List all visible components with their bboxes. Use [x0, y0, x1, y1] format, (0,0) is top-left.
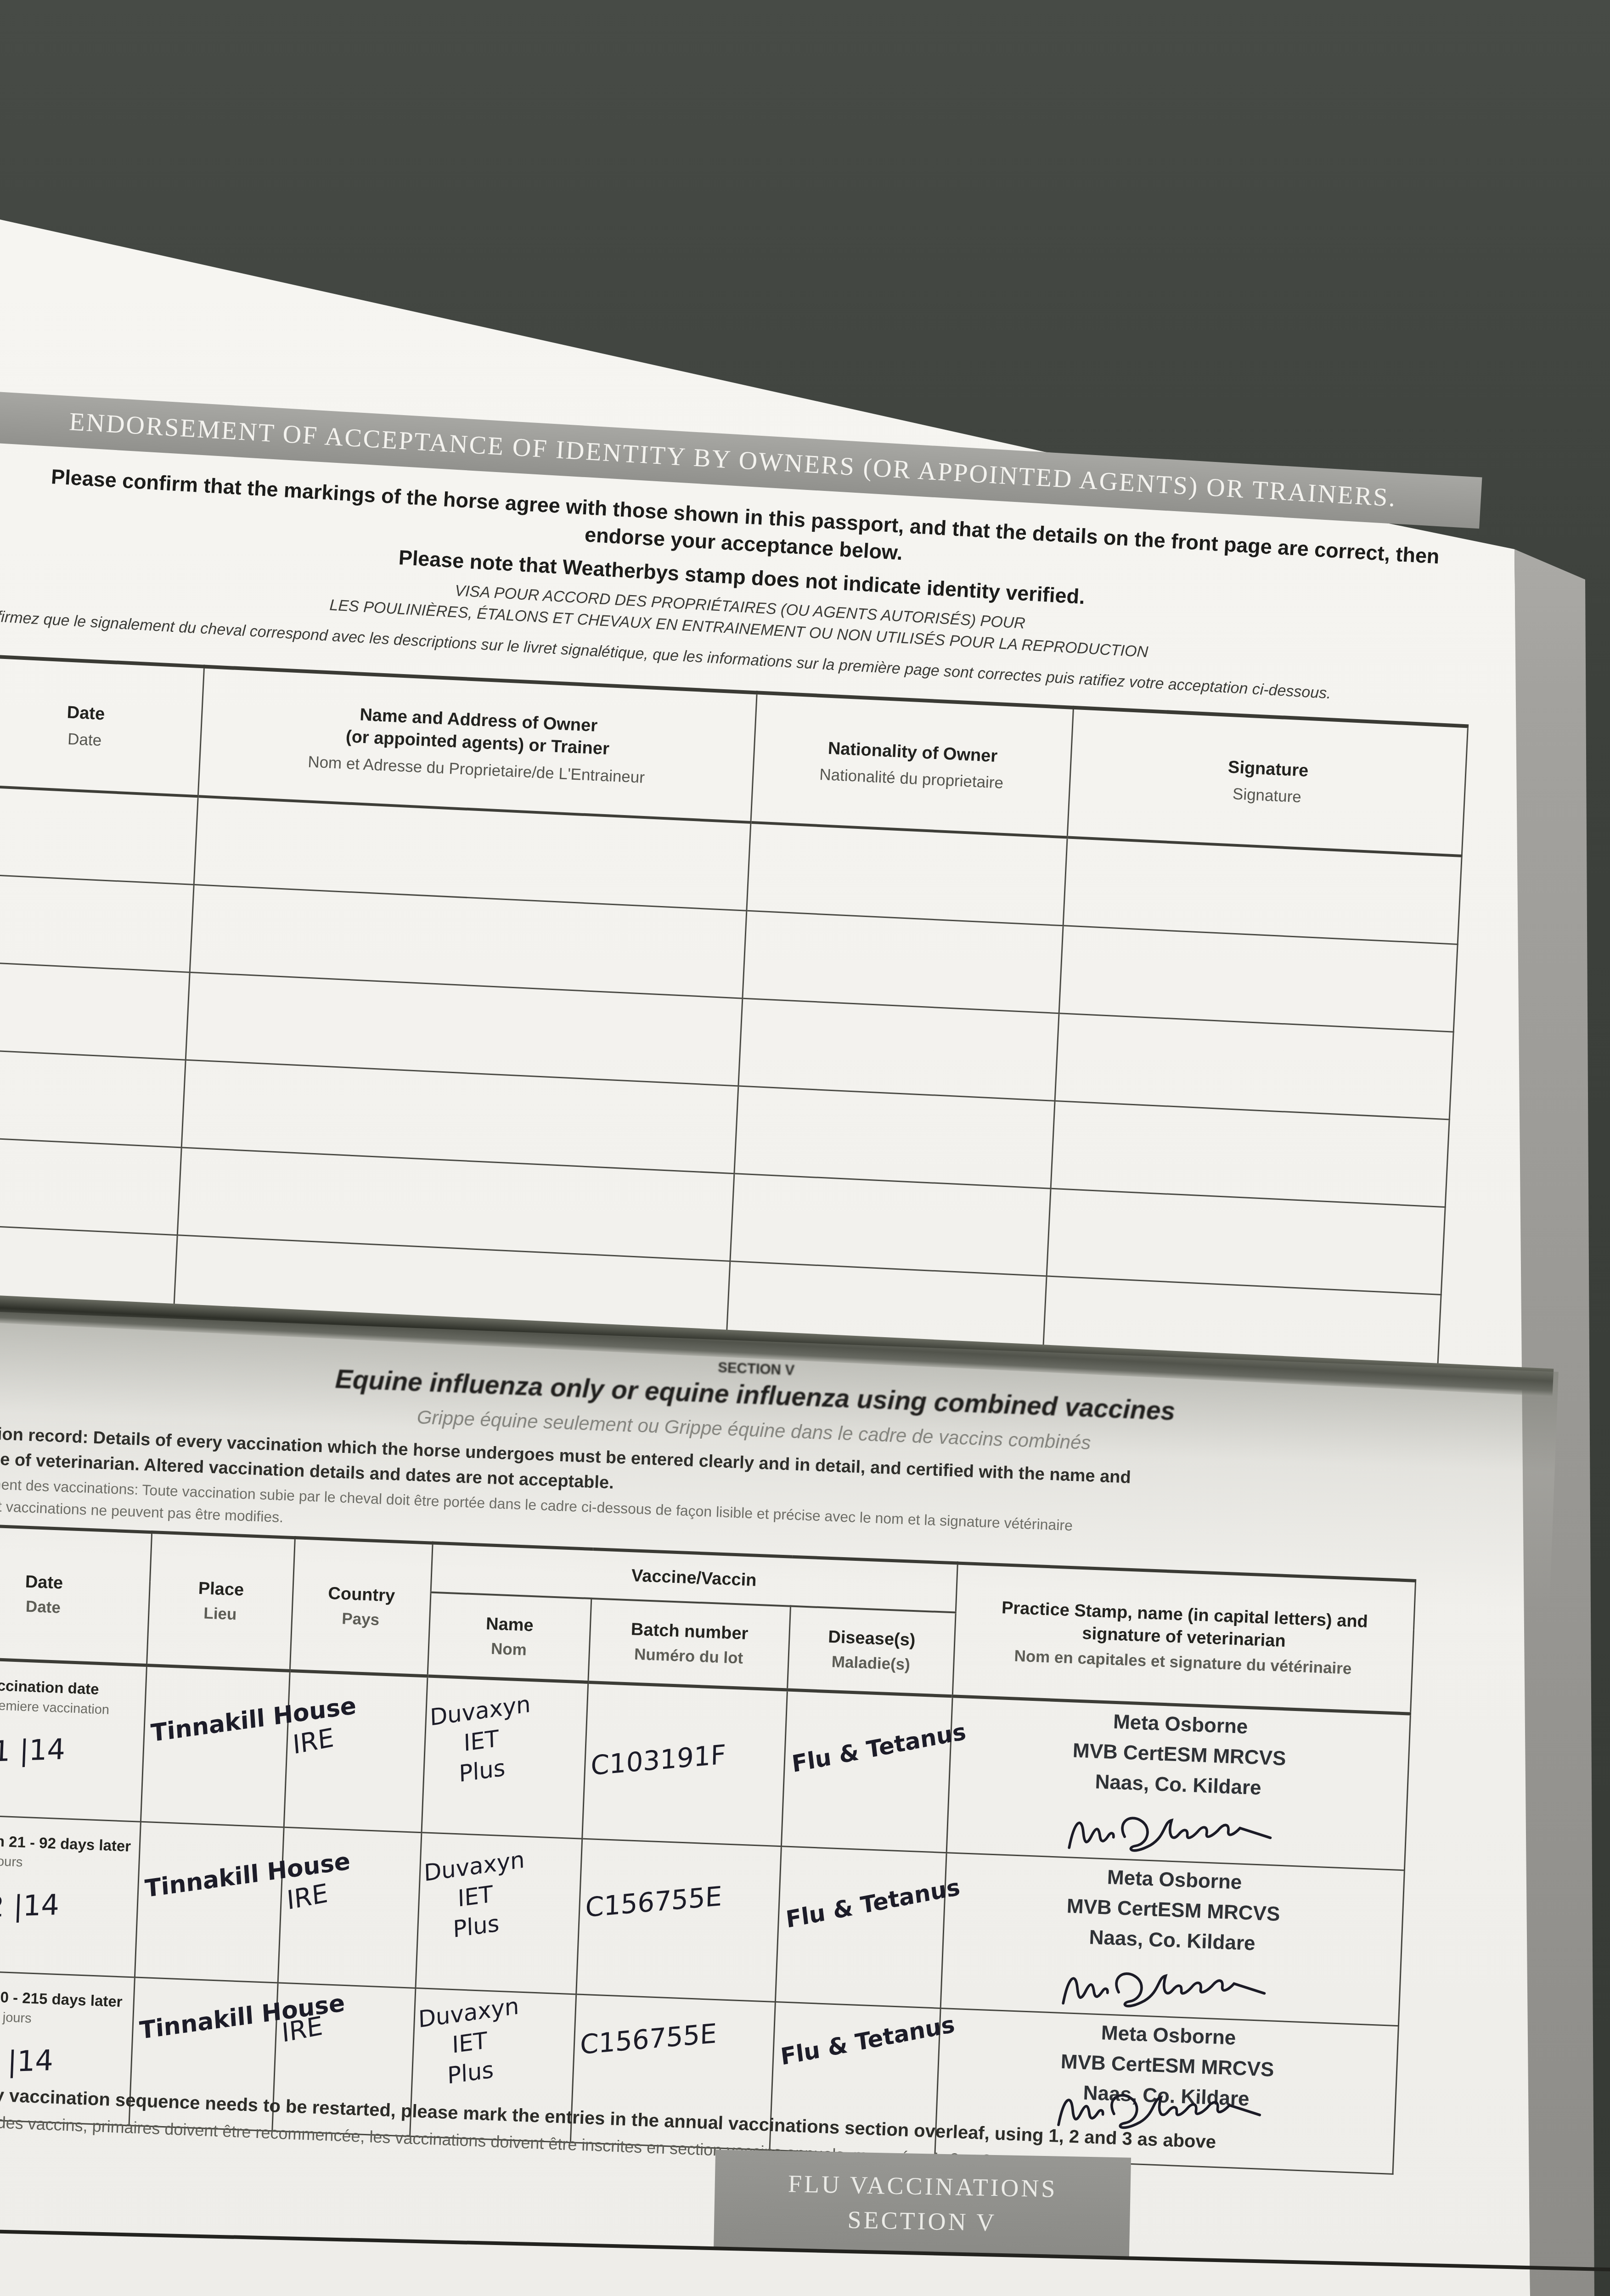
vax-col-date-fr: Date [0, 1593, 144, 1622]
vax-col-stamp: Practice Stamp, name (in capital letters… [952, 1563, 1415, 1714]
flu-box-line-2: SECTION V [714, 2203, 1130, 2239]
vaccination-section: SECTION V Equine influenza only or equin… [0, 0, 1609, 62]
row1-handwritten-vaccine: Duvaxyn IET Plus [429, 1689, 533, 1793]
vax-col-vaccine-label: Vaccine/Vaccin [436, 1557, 951, 1599]
row2-disease-cell: Flu & Tetanus [775, 1846, 946, 2009]
row2-date-cell: Betweeen 21 - 92 days later re 21 - 92 j… [0, 1814, 141, 1977]
vax-col-place-fr: Lieu [153, 1602, 287, 1627]
veterinarian-signature [1041, 1947, 1300, 2020]
row1-handwritten-batch: C103191F [590, 1739, 726, 1781]
vax-col-disease-en: Disease(s) [794, 1625, 950, 1653]
vaccination-table: Date Date Place Lieu Country Pays Vaccin… [0, 1523, 1416, 2175]
owner-col-date-en: Date [0, 697, 197, 730]
row2-vaccine-cell: Duvaxyn IET Plus [415, 1833, 582, 1994]
row3-handwritten-disease: Flu & Tetanus [779, 2011, 956, 2071]
row1-handwritten-date: 21| 1 |14 [0, 1732, 66, 1770]
row1-date-cell: nitial Vaccination date te de la premier… [0, 1657, 146, 1822]
owner-col-nationality: Nationality of Owner Nationalité du prop… [751, 692, 1074, 837]
veterinarian-signature [1047, 1792, 1306, 1864]
vax-col-batch: Batch number Numéro du lot [588, 1598, 790, 1690]
row3-handwritten-date: 31| 7 |14 [0, 2043, 54, 2081]
row2-handwritten-date: 21| 2 |14 [0, 1888, 60, 1925]
row2-batch-cell: C156755E [576, 1839, 781, 2002]
row2-handwritten-batch: C156755E [585, 1880, 722, 1923]
row3-handwritten-batch: C156755E [580, 2018, 717, 2060]
row3-label-en: etween 150 - 215 days later [0, 1973, 129, 2011]
owner-col-signature: Signature Signature [1067, 708, 1468, 856]
endorsement-section: ENDORSEMENT OF ACCEPTANCE OF IDENTITY BY… [0, 0, 1607, 93]
row3-handwritten-vaccine: Duvaxyn IET Plus [417, 1991, 521, 2095]
vax-col-disease: Disease(s) Maladie(s) [787, 1606, 956, 1696]
row1-label-en: nitial Vaccination date [0, 1662, 141, 1700]
vax-col-place-en: Place [154, 1576, 288, 1603]
row1-place-cell: Tinnakill House [141, 1665, 290, 1827]
flu-vaccinations-section-box: FLU VACCINATIONS SECTION V [714, 2150, 1131, 2257]
vax-col-batch-fr: Numéro du lot [594, 1643, 783, 1671]
row2-label-en: Betweeen 21 - 92 days later [0, 1817, 135, 1856]
row1-handwritten-disease: Flu & Tetanus [790, 1718, 967, 1778]
row2-handwritten-country: IRE [285, 1878, 329, 1916]
row1-batch-cell: C103191F [582, 1682, 787, 1846]
vax-col-name-fr: Nom [433, 1637, 584, 1663]
vax-col-name: Name Nom [428, 1593, 591, 1683]
owner-endorsement-table: Date Date Name and Address of Owner (or … [0, 654, 1469, 1383]
vax-col-country-en: Country [298, 1581, 426, 1608]
row1-stamp-cell: Meta Osborne MVB CertESM MRCVS Naas, Co.… [946, 1696, 1410, 1870]
row1-vaccine-cell: Duvaxyn IET Plus [421, 1676, 588, 1839]
owner-endorsement-block: Date Date Name and Address of Owner (or … [0, 0, 1608, 76]
vax-col-country-fr: Pays [297, 1607, 425, 1632]
row1-handwritten-country: IRE [291, 1722, 335, 1760]
row2-handwritten-vaccine: Duvaxyn IET Plus [423, 1845, 527, 1948]
row2-stamp-cell: Meta Osborne MVB CertESM MRCVS Naas, Co.… [940, 1853, 1404, 2026]
vax-col-place: Place Lieu [146, 1532, 295, 1671]
vax-col-batch-en: Batch number [595, 1617, 784, 1646]
row2-place-cell: Tinnakill House [135, 1822, 284, 1983]
vax-col-date-en: Date [0, 1568, 145, 1598]
vax-col-name-en: Name [434, 1611, 585, 1639]
flu-box-line-1: FLU VACCINATIONS [715, 2168, 1131, 2204]
vax-col-country: Country Pays [290, 1538, 433, 1676]
owner-col-date: Date Date [0, 656, 204, 796]
row2-handwritten-disease: Flu & Tetanus [784, 1874, 961, 1933]
vax-col-disease-fr: Maladie(s) [793, 1650, 949, 1677]
scanned-passport-page: ENDORSEMENT OF ACCEPTANCE OF IDENTITY BY… [0, 0, 1610, 2296]
row1-disease-cell: Flu & Tetanus [781, 1690, 952, 1853]
owner-col-name: Name and Address of Owner (or appointed … [198, 667, 757, 822]
vax-col-date: Date Date [0, 1524, 152, 1665]
owner-col-date-fr: Date [0, 724, 196, 755]
